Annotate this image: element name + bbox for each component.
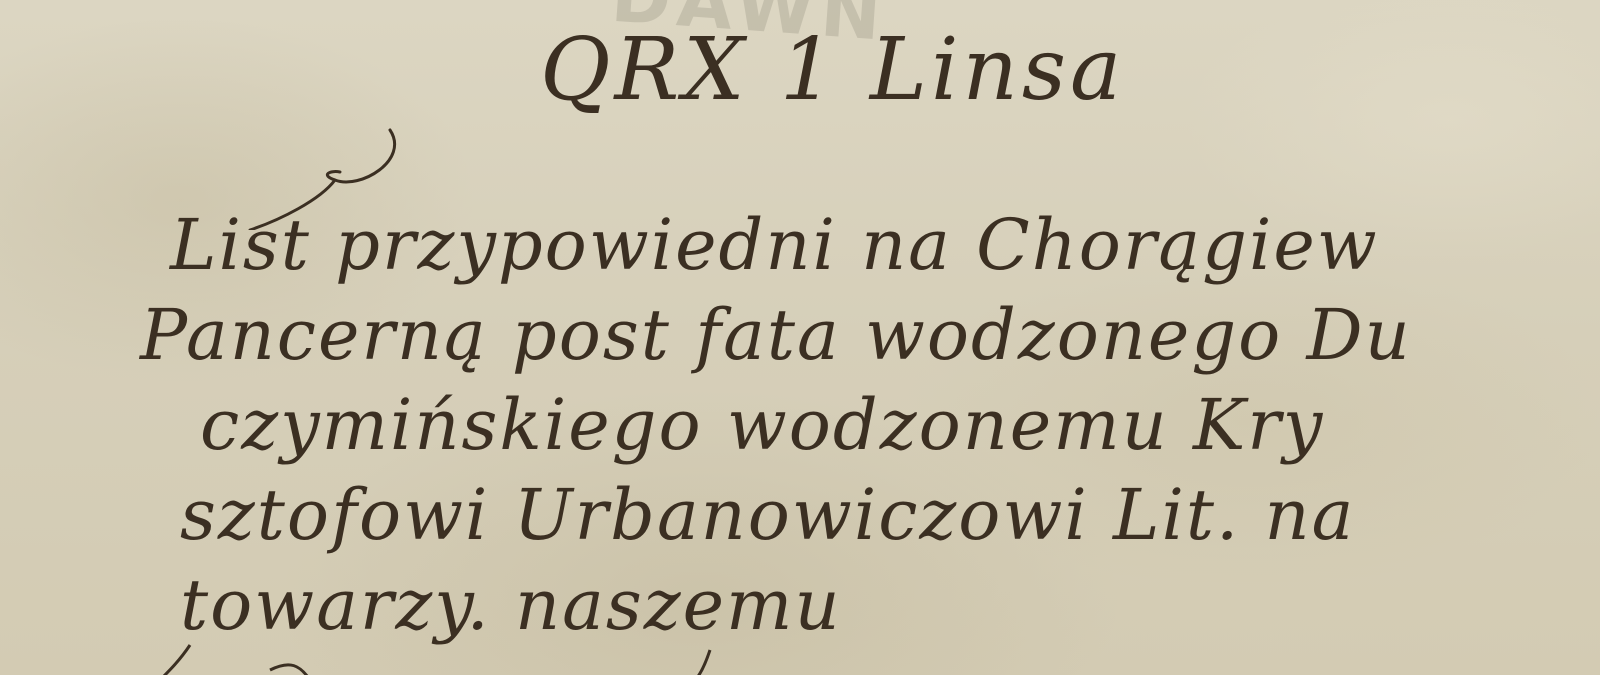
text-line-1: List przypowiedni na Chorągiew — [170, 200, 1379, 290]
partial-next-line-strokes — [150, 640, 750, 675]
folio-heading: QRX 1 Linsa — [540, 10, 1125, 130]
manuscript-page: DAWN QRX 1 Linsa List przypowiedni na Ch… — [0, 0, 1600, 675]
text-line-3: czymińskiego wodzonemu Kry — [200, 380, 1324, 470]
text-line-4: sztofowi Urbanowiczowi Lit. na — [180, 470, 1355, 560]
text-line-2: Pancerną post fata wodzonego Du — [140, 290, 1412, 380]
text-line-5: towarzy. naszemu — [180, 560, 842, 650]
